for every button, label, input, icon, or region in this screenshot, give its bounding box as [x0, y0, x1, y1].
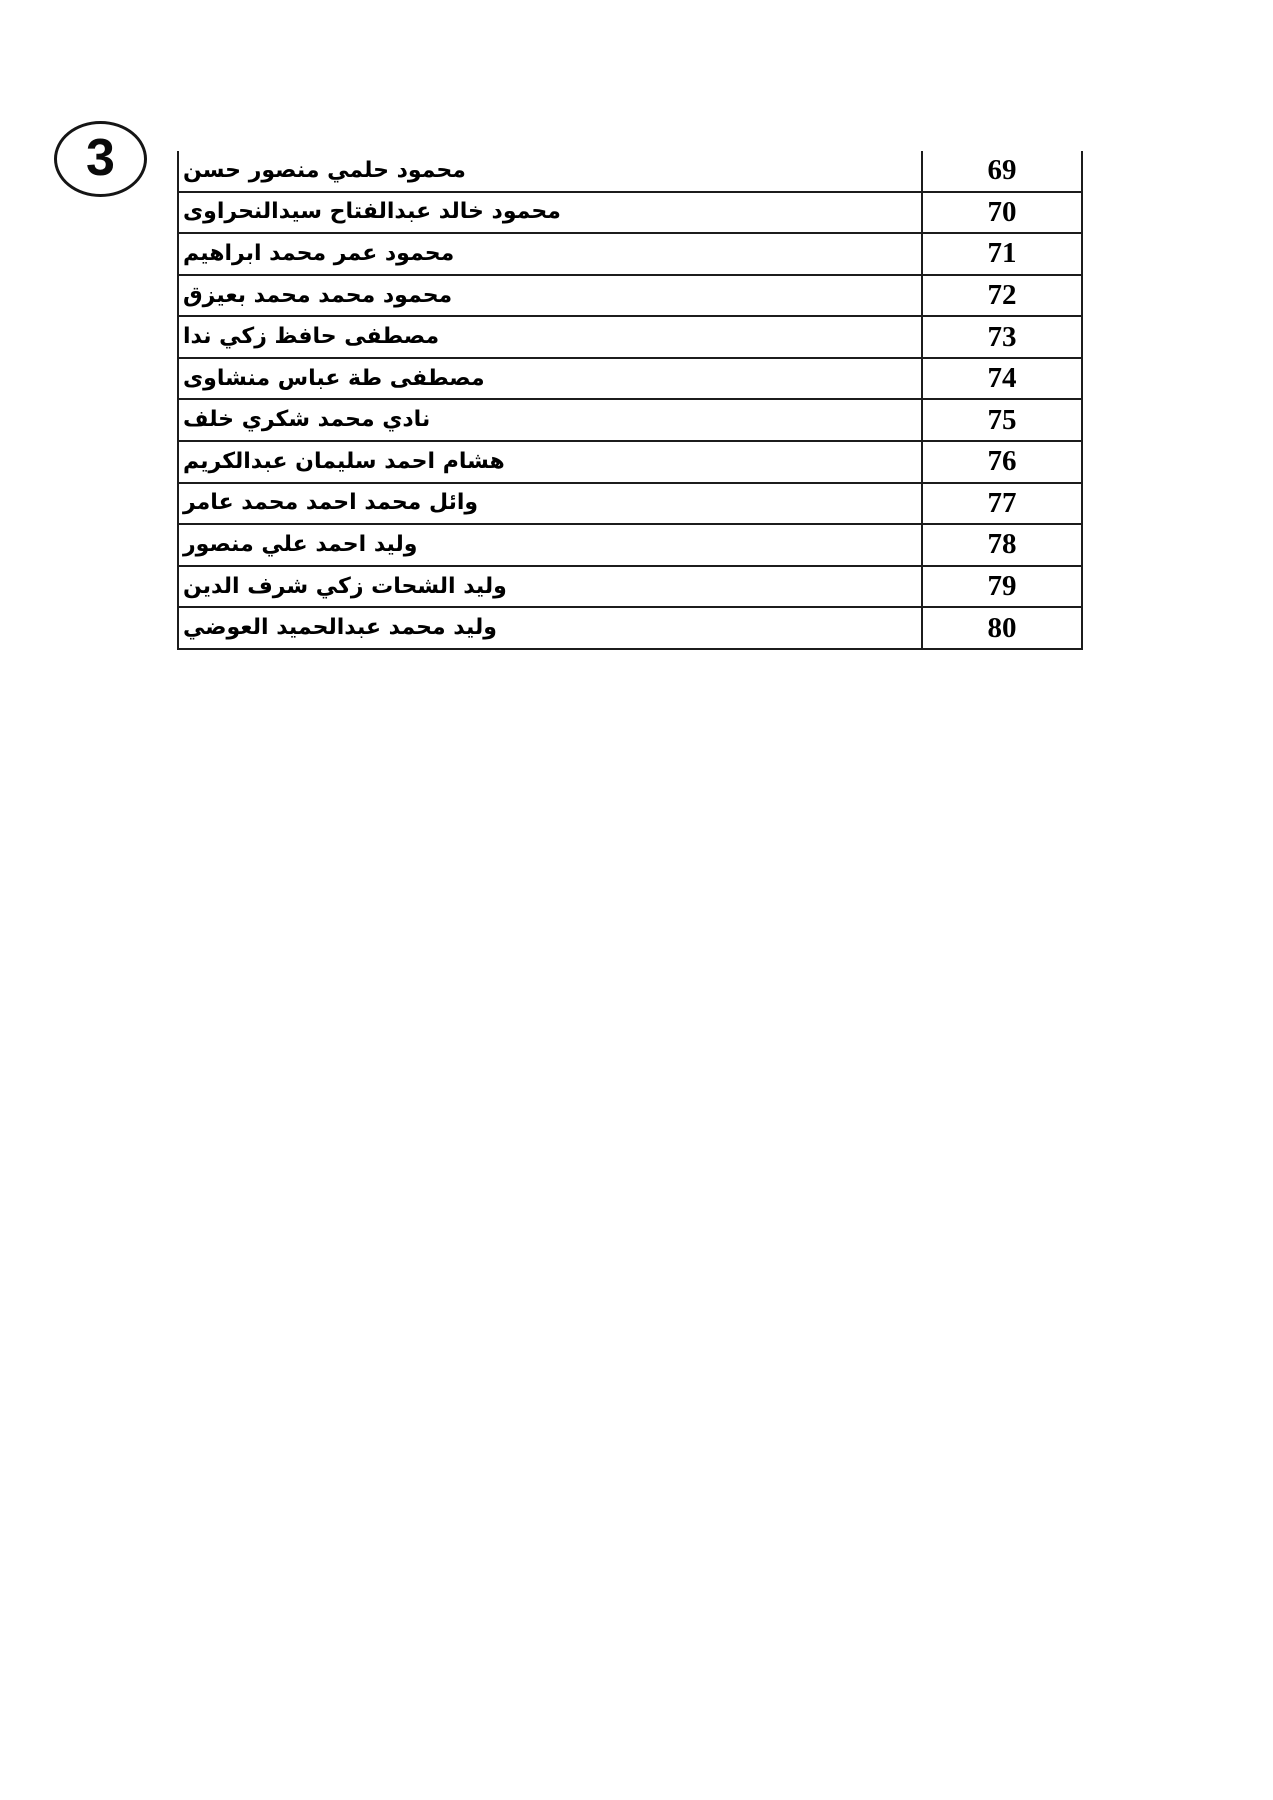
name-cell: مصطفى حافظ زكي ندا — [179, 317, 921, 357]
name-cell: محمود خالد عبدالفتاح سيدالنحراوى — [179, 193, 921, 233]
student-name: مصطفى حافظ زكي ندا — [183, 326, 439, 348]
name-cell: وائل محمد احمد محمد عامر — [179, 484, 921, 524]
serial-cell: 77 — [921, 484, 1081, 524]
serial-cell: 74 — [921, 359, 1081, 399]
serial-cell: 75 — [921, 400, 1081, 440]
table-row: هشام احمد سليمان عبدالكريم 76 — [179, 442, 1081, 484]
serial-number: 74 — [988, 364, 1017, 393]
serial-number: 70 — [988, 198, 1017, 227]
document-page: 3 محمود حلمي منصور حسن 69 محمود خالد عبد… — [0, 0, 1273, 1800]
name-cell: هشام احمد سليمان عبدالكريم — [179, 442, 921, 482]
student-name: محمود حلمي منصور حسن — [183, 160, 466, 182]
serial-number: 69 — [988, 156, 1017, 185]
serial-number: 78 — [988, 530, 1017, 559]
name-cell: وليد محمد عبدالحميد العوضي — [179, 608, 921, 648]
serial-cell: 69 — [921, 151, 1081, 191]
student-name: مصطفى طة عباس منشاوى — [183, 368, 485, 390]
serial-cell: 71 — [921, 234, 1081, 274]
name-cell: نادي محمد شكري خلف — [179, 400, 921, 440]
serial-cell: 70 — [921, 193, 1081, 233]
serial-cell: 76 — [921, 442, 1081, 482]
table-row: مصطفى حافظ زكي ندا 73 — [179, 317, 1081, 359]
table-row: محمود خالد عبدالفتاح سيدالنحراوى 70 — [179, 193, 1081, 235]
serial-number: 79 — [988, 572, 1017, 601]
table-row: وليد محمد عبدالحميد العوضي 80 — [179, 608, 1081, 648]
table-row: نادي محمد شكري خلف 75 — [179, 400, 1081, 442]
table-row: محمود حلمي منصور حسن 69 — [179, 151, 1081, 193]
serial-number: 76 — [988, 447, 1017, 476]
name-cell: مصطفى طة عباس منشاوى — [179, 359, 921, 399]
name-cell: وليد احمد علي منصور — [179, 525, 921, 565]
name-cell: وليد الشحات زكي شرف الدين — [179, 567, 921, 607]
student-name: وائل محمد احمد محمد عامر — [183, 492, 478, 514]
page-number-text: 3 — [86, 132, 115, 184]
student-name: محمود خالد عبدالفتاح سيدالنحراوى — [183, 201, 561, 223]
table-row: وائل محمد احمد محمد عامر 77 — [179, 484, 1081, 526]
serial-number: 72 — [988, 281, 1017, 310]
table-row: محمود عمر محمد ابراهيم 71 — [179, 234, 1081, 276]
name-cell: محمود عمر محمد ابراهيم — [179, 234, 921, 274]
names-table: محمود حلمي منصور حسن 69 محمود خالد عبدال… — [177, 151, 1083, 650]
serial-number: 73 — [988, 323, 1017, 352]
table-row: وليد الشحات زكي شرف الدين 79 — [179, 567, 1081, 609]
name-cell: محمود محمد محمد بعيزق — [179, 276, 921, 316]
serial-cell: 72 — [921, 276, 1081, 316]
student-name: محمود محمد محمد بعيزق — [183, 285, 452, 307]
serial-cell: 79 — [921, 567, 1081, 607]
serial-number: 77 — [988, 489, 1017, 518]
serial-cell: 80 — [921, 608, 1081, 648]
serial-cell: 78 — [921, 525, 1081, 565]
student-name: وليد احمد علي منصور — [183, 534, 417, 556]
serial-cell: 73 — [921, 317, 1081, 357]
student-name: هشام احمد سليمان عبدالكريم — [183, 451, 505, 473]
table-row: مصطفى طة عباس منشاوى 74 — [179, 359, 1081, 401]
table-row: وليد احمد علي منصور 78 — [179, 525, 1081, 567]
name-cell: محمود حلمي منصور حسن — [179, 151, 921, 191]
table-row: محمود محمد محمد بعيزق 72 — [179, 276, 1081, 318]
student-name: محمود عمر محمد ابراهيم — [183, 243, 454, 265]
serial-number: 80 — [988, 614, 1017, 643]
student-name: نادي محمد شكري خلف — [183, 409, 430, 431]
page-number-badge: 3 — [54, 121, 147, 197]
serial-number: 71 — [988, 239, 1017, 268]
serial-number: 75 — [988, 406, 1017, 435]
student-name: وليد محمد عبدالحميد العوضي — [183, 617, 497, 639]
student-name: وليد الشحات زكي شرف الدين — [183, 576, 507, 598]
